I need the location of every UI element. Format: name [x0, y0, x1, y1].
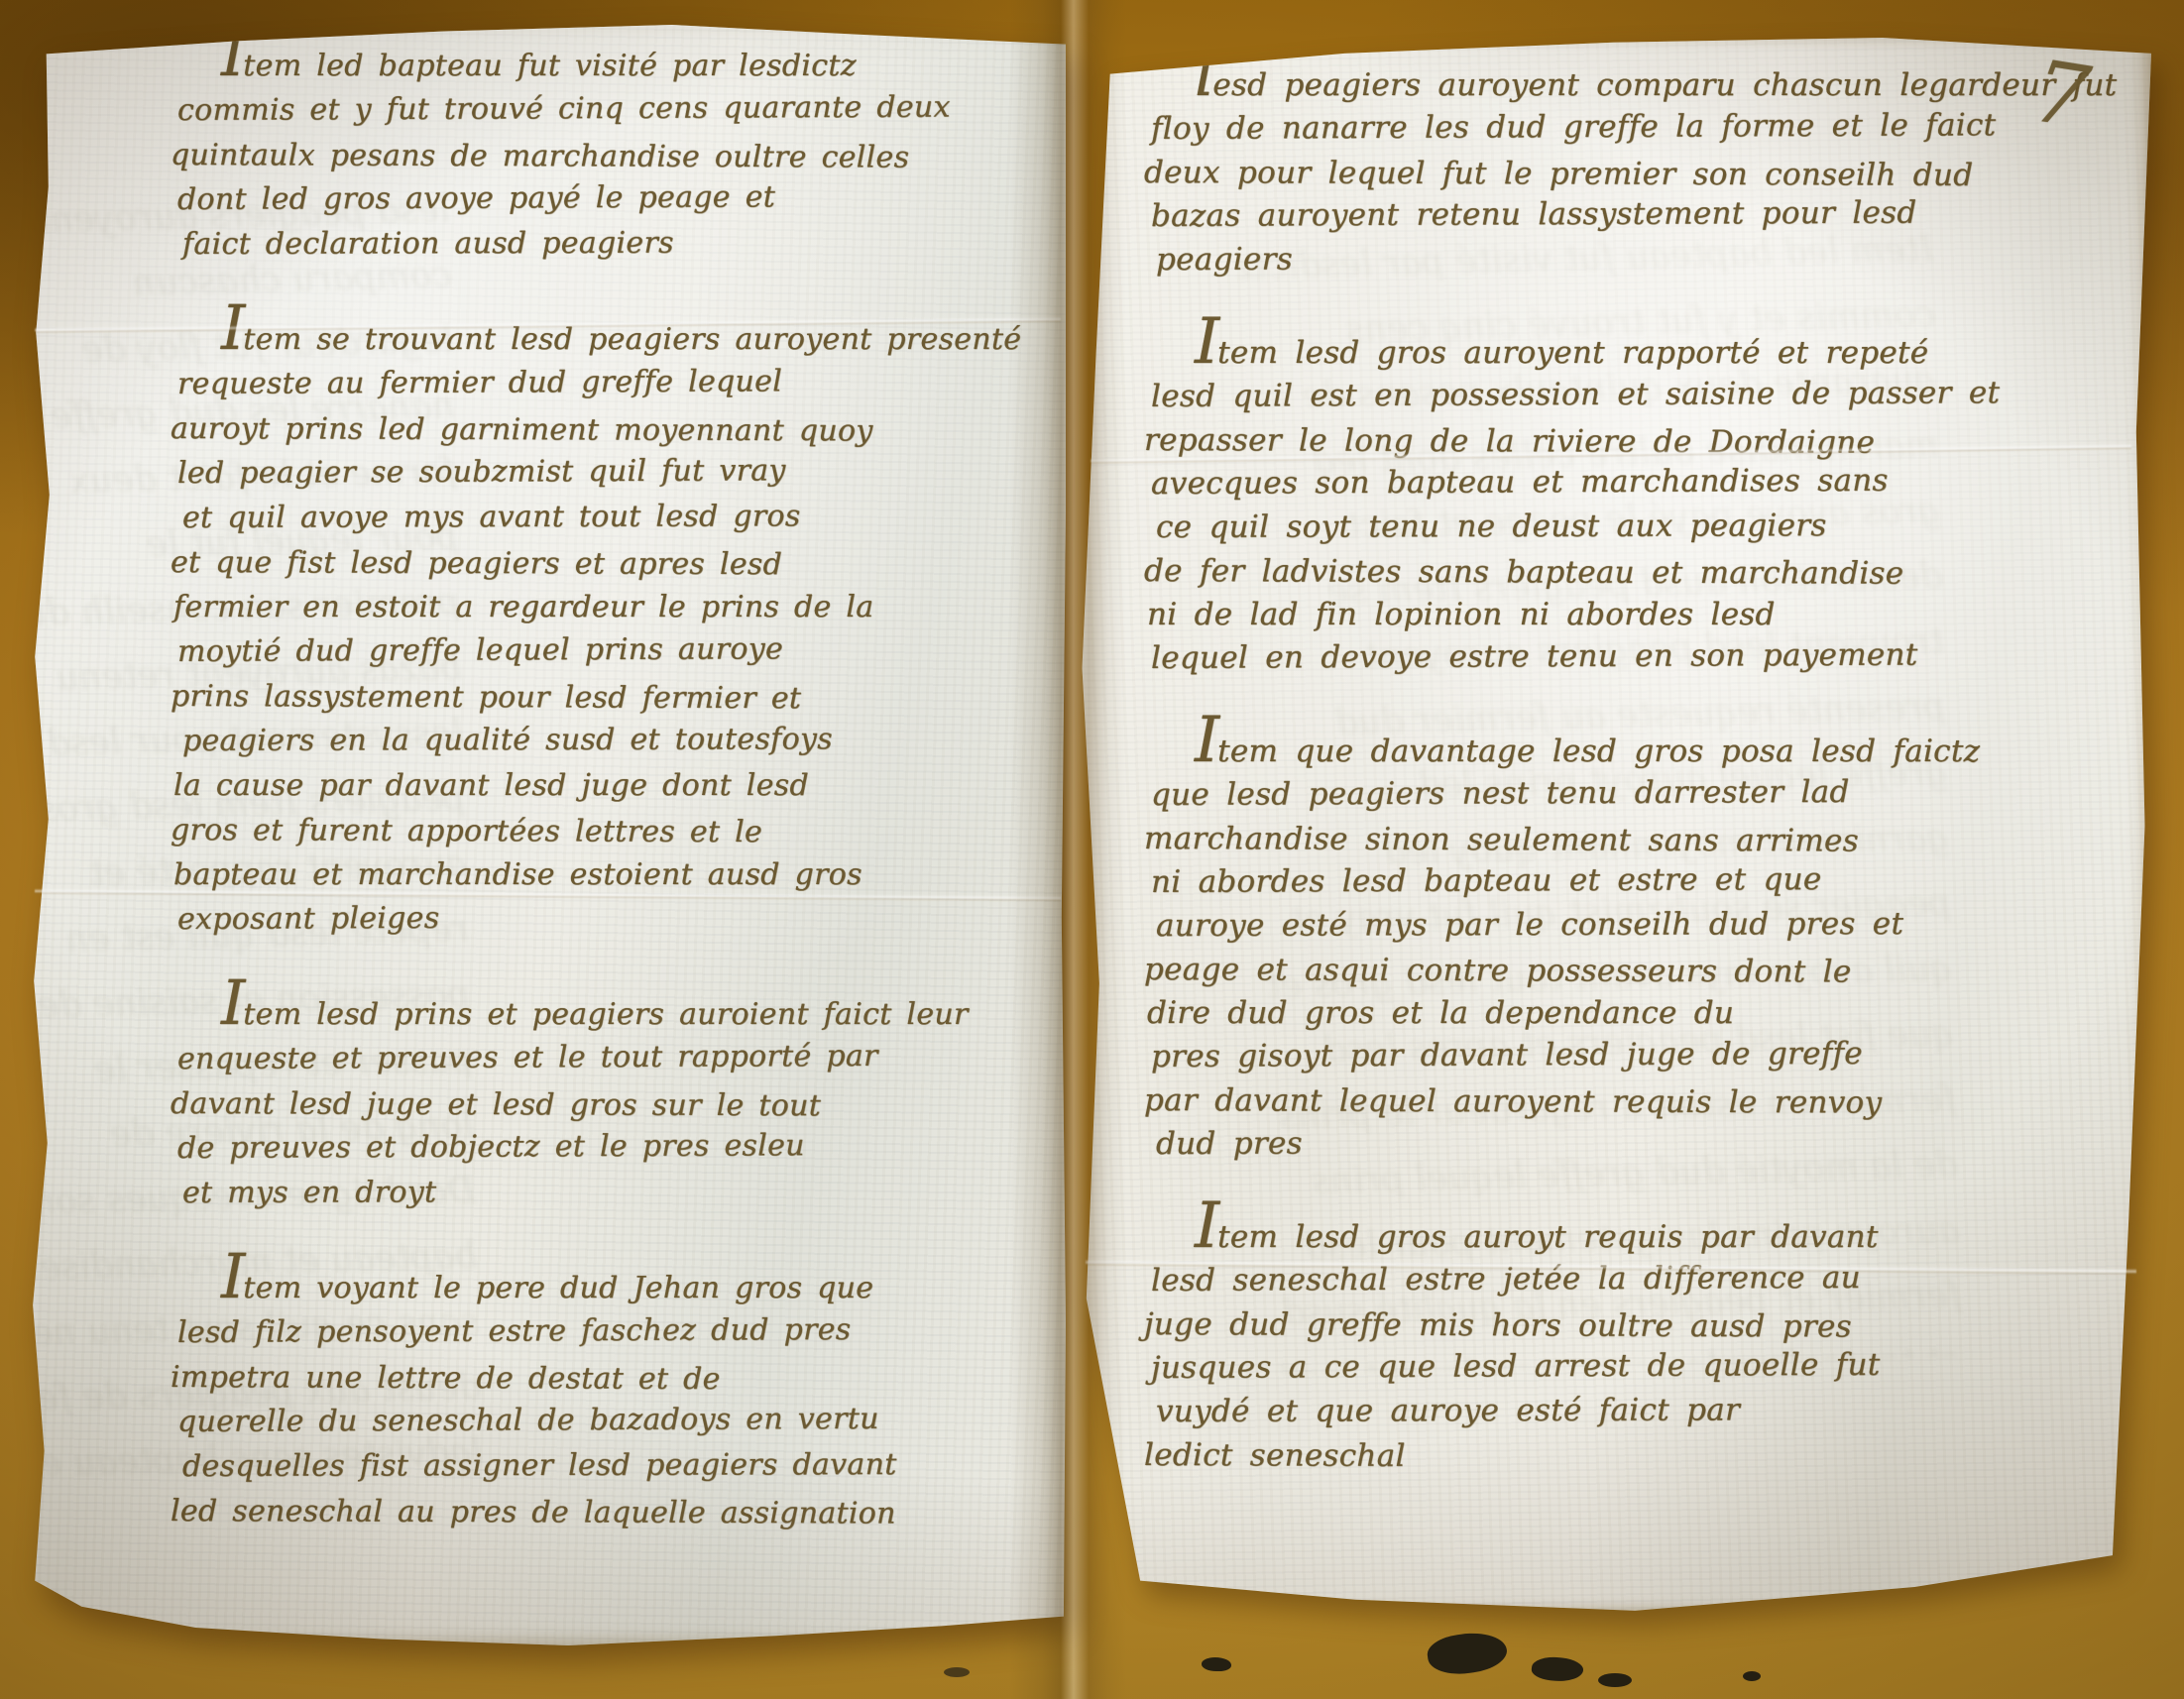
manuscript-line: dire dud gros et la dependance du	[1147, 991, 2099, 1035]
manuscript-line: vuydé et que auroye esté faict par	[1156, 1387, 2108, 1433]
manuscript-line: peagiers	[1156, 235, 2108, 282]
manuscript-line: requeste au fermier dud greffe lequel	[177, 358, 1040, 406]
photograph-background: lesd peagiers auroyent comparu chascun l…	[0, 0, 2184, 1699]
manuscript-line: desquelles fist assigner lesd peagiers d…	[182, 1442, 1045, 1489]
manuscript-line: faict declaration ausd peagiers	[182, 220, 1045, 267]
manuscript-paragraph: Item lesd gros auroyt requis par davantl…	[1147, 1203, 2099, 1477]
ink-spot	[944, 1667, 970, 1677]
manuscript-line: bazas auroyent retenu lassystement pour …	[1151, 190, 2103, 238]
manuscript-line: commis et y fut trouvé cinq cens quarant…	[177, 84, 1040, 133]
manuscript-line: Item lesd gros auroyent rapporté et repe…	[1147, 319, 2099, 375]
ink-spot	[1743, 1671, 1761, 1681]
manuscript-line: jusques a ce que lesd arrest de quoelle …	[1151, 1342, 2103, 1390]
manuscript-line: bapteau et marchandise estoient ausd gro…	[173, 852, 1036, 897]
manuscript-line: de preuves et dobjectz et le pres esleu	[177, 1122, 1040, 1171]
manuscript-paragraph: Item led bapteau fut visité par lesdictz…	[173, 33, 1036, 267]
manuscript-line: moytié dud greffe lequel prins auroye	[177, 625, 1040, 674]
ink-spot	[1426, 1629, 1510, 1679]
manuscript-line: fermier en estoit a regardeur le prins d…	[173, 585, 1036, 629]
manuscript-line: exposant pleiges	[177, 893, 1040, 942]
manuscript-line: lesd seneschal estre jetée la difference…	[1151, 1255, 2103, 1303]
manuscript-paragraph: lesd peagiers auroyent comparu chascun l…	[1147, 52, 2099, 282]
manuscript-line: dud pres	[1156, 1119, 2108, 1166]
manuscript-line: enqueste et preuves et le tout rapporté …	[177, 1033, 1040, 1081]
manuscript-line: ni abordes lesd bapteau et estre et que	[1151, 856, 2103, 904]
left-page: lesd peagiers auroyent comparu chascun l…	[30, 25, 1066, 1645]
manuscript-line: la cause par davant lesd juge dont lesd	[173, 763, 1036, 808]
manuscript-line: que lesd peagiers nest tenu darrester la…	[1151, 769, 2103, 817]
manuscript-line: led peagier se soubzmist quil fut vray	[177, 447, 1040, 496]
manuscript-line: Item led bapteau fut visité par lesdictz	[173, 33, 1036, 88]
manuscript-line: lequel en devoye estre tenu en son payem…	[1151, 632, 2103, 680]
manuscript-line: lesd peagiers auroyent comparu chascun l…	[1147, 52, 2099, 107]
right-page: Item led bapteau fut visité par lesdictz…	[1076, 38, 2151, 1614]
right-page-paper: Item led bapteau fut visité par lesdictz…	[1076, 38, 2151, 1614]
manuscript-line: et que fist lesd peagiers et apres lesd	[171, 540, 1033, 588]
manuscript-line: peage et asqui contre possesseurs dont l…	[1144, 948, 2096, 994]
manuscript-line: auroye esté mys par le conseilh dud pres…	[1156, 901, 2108, 948]
manuscript-line: Item lesd gros auroyt requis par davant	[1147, 1203, 2099, 1259]
manuscript-line: Item que davantage lesd gros posa lesd f…	[1147, 718, 2099, 773]
manuscript-line: prins lassystement pour lesd fermier et	[171, 674, 1033, 722]
manuscript-line: gros et furent apportées lettres et le	[171, 808, 1033, 855]
ink-spot	[1531, 1654, 1584, 1683]
manuscript-paragraph: Item voyant le pere dud Jehan gros quele…	[173, 1255, 1036, 1533]
manuscript-line: Item se trouvant lesd peagiers auroyent …	[173, 306, 1036, 362]
manuscript-line: de fer ladvistes sans bapteau et marchan…	[1144, 549, 2096, 596]
manuscript-paragraph: Item lesd gros auroyent rapporté et repe…	[1147, 319, 2099, 680]
manuscript-line: Item lesd prins et peagiers auroient fai…	[173, 981, 1036, 1037]
manuscript-line: et quil avoye mys avant tout lesd gros	[182, 494, 1045, 540]
manuscript-line: lesd quil est en possession et saisine d…	[1151, 371, 2103, 418]
ink-spot	[1598, 1673, 1632, 1687]
manuscript-line: ni de lad fin lopinion ni abordes lesd	[1147, 593, 2099, 636]
manuscript-paragraph: Item se trouvant lesd peagiers auroyent …	[173, 306, 1036, 942]
manuscript-line: lesd filz pensoyent estre faschez dud pr…	[177, 1306, 1040, 1355]
ink-spot	[1202, 1657, 1231, 1671]
manuscript-paragraph: Item lesd prins et peagiers auroient fai…	[173, 981, 1036, 1215]
manuscript-line: led seneschal au pres de laquelle assign…	[171, 1489, 1033, 1536]
manuscript-line: querelle du seneschal de bazadoys en ver…	[177, 1396, 1040, 1444]
manuscript-line: pres gisoyt par davant lesd juge de gref…	[1151, 1031, 2103, 1078]
manuscript-line: peagiers en la qualité susd et toutesfoy…	[182, 717, 1045, 763]
manuscript-line: par davant lequel auroyent requis le ren…	[1144, 1078, 2096, 1125]
manuscript-line: ledict seneschal	[1144, 1433, 2096, 1480]
manuscript-line: dont led gros avoye payé le peage et	[177, 173, 1040, 222]
manuscript-paragraph: Item que davantage lesd gros posa lesd f…	[1147, 718, 2099, 1166]
manuscript-line: Item voyant le pere dud Jehan gros que	[173, 1255, 1036, 1310]
manuscript-line: floy de nanarre les dud greffe la forme …	[1151, 103, 2103, 151]
right-page-text: lesd peagiers auroyent comparu chascun l…	[1147, 52, 2099, 1515]
manuscript-line: ce quil soyt tenu ne deust aux peagiers	[1156, 503, 2108, 549]
left-page-text: Item led bapteau fut visité par lesdictz…	[173, 33, 1036, 1573]
manuscript-line: avecques son bapteau et marchandises san…	[1151, 458, 2103, 506]
left-page-paper: lesd peagiers auroyent comparu chascun l…	[30, 25, 1066, 1645]
manuscript-line: et mys en droyt	[182, 1169, 1045, 1215]
